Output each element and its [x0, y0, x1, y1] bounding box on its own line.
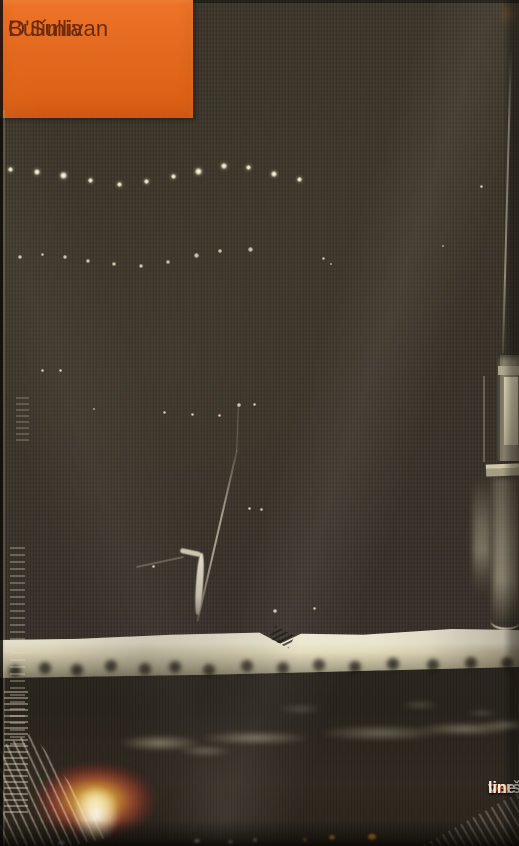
- scan-edge-highlight: [3, 110, 5, 846]
- book-title: Bulímia: [8, 13, 83, 44]
- light-dot: [442, 245, 444, 247]
- lights-specks: [0, 0, 519, 846]
- scan-edge-top: [193, 0, 519, 3]
- light-dot: [273, 609, 277, 613]
- light-dot: [152, 565, 155, 568]
- light-dot: [163, 411, 166, 414]
- scan-edge-right: [503, 0, 519, 846]
- light-dot: [330, 263, 332, 265]
- light-dot: [260, 508, 263, 511]
- light-dot: [480, 185, 483, 188]
- light-dot: [191, 413, 194, 416]
- light-dot: [253, 403, 256, 406]
- title-label: O'Sullivan Bulímia: [0, 0, 193, 118]
- light-dot: [41, 369, 44, 372]
- wrap-crinkle-ticks: [16, 393, 29, 441]
- light-dot: [59, 369, 62, 372]
- light-dot: [248, 507, 251, 510]
- scan-edge-bottom: [0, 820, 519, 846]
- book-cover-scan: veršeonline O'Sullivan Bulímia: [0, 0, 519, 846]
- light-dot: [218, 414, 221, 417]
- light-dot: [93, 408, 95, 410]
- light-dot: [313, 607, 316, 610]
